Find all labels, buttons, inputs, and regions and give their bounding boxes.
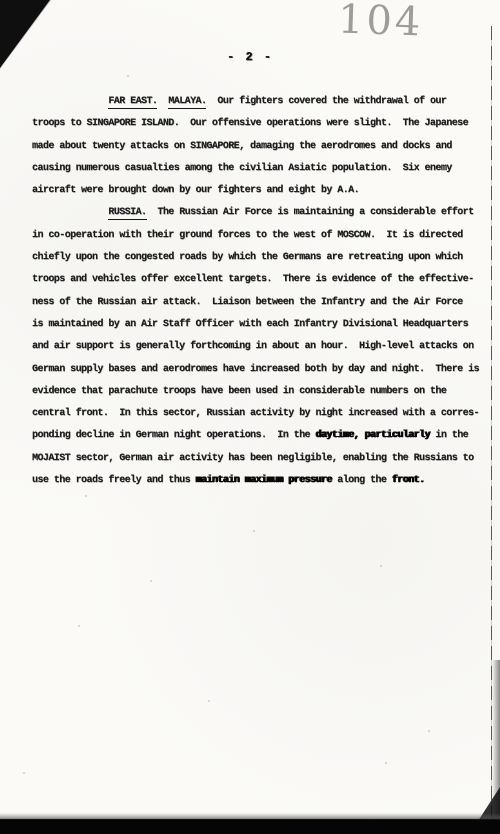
typewritten-text: is maintained by an Air Staff Officer wi… — [32, 319, 468, 330]
scanned-document-page: 104 - 2 - FAR EAST. MALAYA. Our fighters… — [0, 0, 500, 834]
typewritten-text: aircraft were brought down by our fighte… — [32, 185, 359, 196]
underlined-heading: FAR EAST. — [108, 96, 157, 109]
text-line: is maintained by an Air Staff Officer wi… — [32, 314, 488, 336]
text-line: RUSSIA. The Russian Air Force is maintai… — [32, 202, 488, 224]
scan-speck — [128, 166, 130, 168]
scan-speck — [208, 700, 210, 702]
text-line: in co-operation with their ground forces… — [32, 225, 488, 247]
typewritten-text: chiefly upon the congested roads by whic… — [32, 252, 463, 263]
typewritten-text: causing numerous casualties among the ci… — [32, 163, 452, 174]
typewritten-text: MOJAIST sector, German air activity has … — [32, 453, 474, 464]
text-line: MOJAIST sector, German air activity has … — [32, 448, 488, 470]
overtyped-text: daytime, particularly — [315, 430, 429, 441]
underlined-heading: RUSSIA. — [108, 207, 146, 220]
typewritten-text — [157, 96, 168, 107]
document-body: FAR EAST. MALAYA. Our fighters covered t… — [32, 91, 488, 492]
text-line: and air support is generally forthcoming… — [32, 336, 488, 358]
scan-speck — [85, 495, 87, 497]
typewritten-text: ponding decline in German night operatio… — [32, 430, 315, 441]
text-line: use the roads freely and thus maintain m… — [32, 470, 488, 492]
typewritten-text: made about twenty attacks on SINGAPORE, … — [32, 141, 452, 152]
scan-speck — [78, 625, 80, 627]
text-line: FAR EAST. MALAYA. Our fighters covered t… — [32, 91, 488, 113]
typewritten-text — [32, 96, 108, 107]
typewritten-text: and air support is generally forthcoming… — [32, 341, 474, 352]
scan-speck — [150, 580, 152, 582]
typewritten-text — [32, 207, 108, 218]
text-line: troops and vehicles offer excellent targ… — [32, 269, 488, 291]
text-line: causing numerous casualties among the ci… — [32, 158, 488, 180]
scan-speck — [23, 772, 25, 774]
scan-speck — [380, 565, 382, 567]
text-line: central front. In this sector, Russian a… — [32, 403, 488, 425]
text-line: troops to SINGAPORE ISLAND. Our offensiv… — [32, 113, 488, 135]
typewritten-text: central front. In this sector, Russian a… — [32, 408, 479, 419]
paragraph-2: RUSSIA. The Russian Air Force is maintai… — [32, 202, 488, 492]
scan-bottom-edge — [0, 819, 500, 834]
typewritten-text: along the — [332, 475, 392, 486]
text-line: ponding decline in German night operatio… — [32, 425, 488, 447]
scan-speck — [127, 75, 129, 77]
typewritten-text: The Russian Air Force is maintaining a c… — [147, 207, 474, 218]
typewritten-text: Our fighters covered the withdrawal of o… — [206, 96, 446, 107]
scan-speck — [385, 762, 387, 764]
text-line: ness of the Russian air attack. Liaison … — [32, 292, 488, 314]
typewritten-text: ness of the Russian air attack. Liaison … — [32, 297, 463, 308]
typewritten-text: troops to SINGAPORE ISLAND. Our offensiv… — [32, 118, 468, 129]
scan-speck — [253, 530, 255, 532]
text-line: made about twenty attacks on SINGAPORE, … — [32, 136, 488, 158]
text-line: aircraft were brought down by our fighte… — [32, 180, 488, 202]
handwritten-page-annotation: 104 — [337, 0, 424, 45]
text-line: German supply bases and aerodromes have … — [32, 359, 488, 381]
scan-speck — [428, 730, 430, 732]
typewritten-text: use the roads freely and thus — [32, 475, 196, 486]
overtyped-text: maintain maximum pressure — [196, 475, 332, 486]
text-line: evidence that parachute troops have been… — [32, 381, 488, 403]
paragraph-1: FAR EAST. MALAYA. Our fighters covered t… — [32, 91, 488, 202]
typewritten-text: German supply bases and aerodromes have … — [32, 364, 479, 375]
text-line: chiefly upon the congested roads by whic… — [32, 247, 488, 269]
typewritten-text: evidence that parachute troops have been… — [32, 386, 446, 397]
underlined-heading: MALAYA. — [168, 96, 206, 109]
typewritten-text: troops and vehicles offer excellent targ… — [32, 274, 474, 285]
page-number: - 2 - — [0, 50, 500, 64]
typewritten-text: in co-operation with their ground forces… — [32, 230, 463, 241]
overtyped-text: front. — [392, 475, 425, 486]
typewritten-text: in the — [430, 430, 468, 441]
